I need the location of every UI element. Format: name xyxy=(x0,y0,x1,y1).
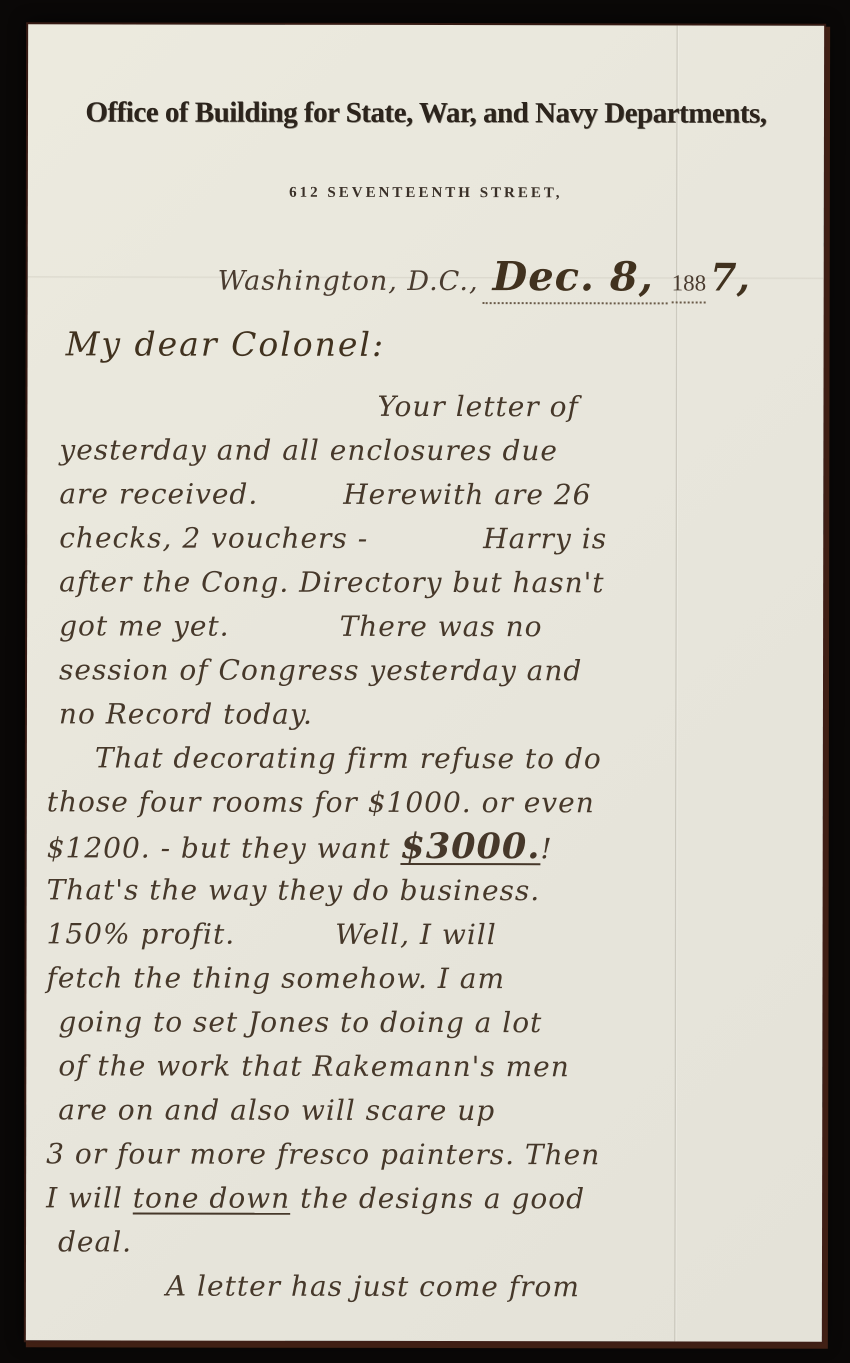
handwritten-line: after the Cong. Directory but hasn't xyxy=(47,560,807,605)
handwritten-line: no Record today. xyxy=(47,692,807,737)
handwritten-year-suffix: 7, xyxy=(710,254,750,299)
handwritten-text: those four rooms for $1000. or even xyxy=(47,785,595,819)
handwritten-line: A letter has just come from xyxy=(46,1264,806,1309)
handwritten-text: Herewith are 26 xyxy=(343,478,591,511)
handwritten-text: Your letter of xyxy=(377,390,578,423)
handwritten-line: deal. xyxy=(46,1220,806,1265)
handwritten-line: are on and also will scare up xyxy=(46,1088,806,1133)
handwritten-text: fetch the thing somehow. I am xyxy=(46,961,505,995)
handwritten-text: That decorating firm refuse to do xyxy=(95,741,602,775)
handwritten-line: 3 or four more fresco painters. Then xyxy=(46,1132,806,1177)
handwritten-line: got me yet.There was no xyxy=(47,604,807,649)
handwritten-text: $3000. xyxy=(400,826,540,867)
handwritten-text: Harry is xyxy=(483,522,607,555)
letterhead-address: 612 SEVENTEENTH STREET, xyxy=(28,184,824,202)
handwritten-line: are received.Herewith are 26 xyxy=(47,472,807,517)
handwritten-text: A letter has just come from xyxy=(166,1270,580,1304)
handwritten-text: got me yet. xyxy=(59,609,230,642)
handwritten-line: Your letter of xyxy=(47,384,807,429)
printed-year-prefix: 188 xyxy=(672,270,707,303)
handwritten-line: fetch the thing somehow. I am xyxy=(46,956,806,1001)
handwritten-text: 150% profit. xyxy=(47,917,236,950)
handwritten-text: That's the way they do business. xyxy=(47,873,541,907)
handwritten-text: after the Cong. Directory but hasn't xyxy=(59,565,604,599)
handwritten-text: Well, I will xyxy=(335,918,497,951)
handwritten-text: tone down xyxy=(133,1181,290,1214)
handwritten-line: going to set Jones to doing a lot xyxy=(46,1000,806,1045)
handwritten-line: That's the way they do business. xyxy=(47,868,807,913)
handwritten-text: 3 or four more fresco painters. Then xyxy=(46,1137,600,1171)
handwritten-line: I will tone down the designs a good xyxy=(46,1176,806,1221)
handwritten-text: I will xyxy=(46,1181,133,1214)
dateline: Washington, D.C., Dec. 8, 188 7, xyxy=(218,253,798,301)
handwritten-text: ! xyxy=(540,832,552,865)
salutation: My dear Colonel: xyxy=(66,324,386,364)
letter-page: Office of Building for State, War, and N… xyxy=(26,24,824,1341)
handwritten-text: are on and also will scare up xyxy=(58,1093,495,1127)
handwritten-text: $1200. - but they want xyxy=(47,831,401,865)
letter-body: Your letter ofyesterday and all enclosur… xyxy=(46,384,808,1309)
printed-place: Washington, D.C., xyxy=(218,266,479,297)
handwritten-line: of the work that Rakemann's men xyxy=(46,1044,806,1089)
handwritten-text: deal. xyxy=(58,1225,132,1258)
handwritten-date: Dec. 8, xyxy=(483,253,668,304)
handwritten-line: $1200. - but they want $3000.! xyxy=(47,824,807,869)
handwritten-text: the designs a good xyxy=(290,1182,585,1216)
handwritten-text: no Record today. xyxy=(59,697,313,730)
handwritten-line: session of Congress yesterday and xyxy=(47,648,807,693)
handwritten-line: 150% profit.Well, I will xyxy=(47,912,807,957)
handwritten-text: going to set Jones to doing a lot xyxy=(58,1005,542,1039)
letterhead-title: Office of Building for State, War, and N… xyxy=(28,96,824,130)
handwritten-text: checks, 2 vouchers - xyxy=(59,521,368,555)
handwritten-text: of the work that Rakemann's men xyxy=(58,1049,570,1083)
handwritten-text: are received. xyxy=(59,477,258,510)
handwritten-line: those four rooms for $1000. or even xyxy=(47,780,807,825)
handwritten-text: yesterday and all enclosures due xyxy=(59,433,558,467)
handwritten-text: session of Congress yesterday and xyxy=(59,653,582,687)
handwritten-line: checks, 2 vouchers -Harry is xyxy=(47,516,807,561)
handwritten-line: That decorating firm refuse to do xyxy=(47,736,807,781)
handwritten-line: yesterday and all enclosures due xyxy=(47,428,807,473)
handwritten-text: There was no xyxy=(340,610,543,643)
